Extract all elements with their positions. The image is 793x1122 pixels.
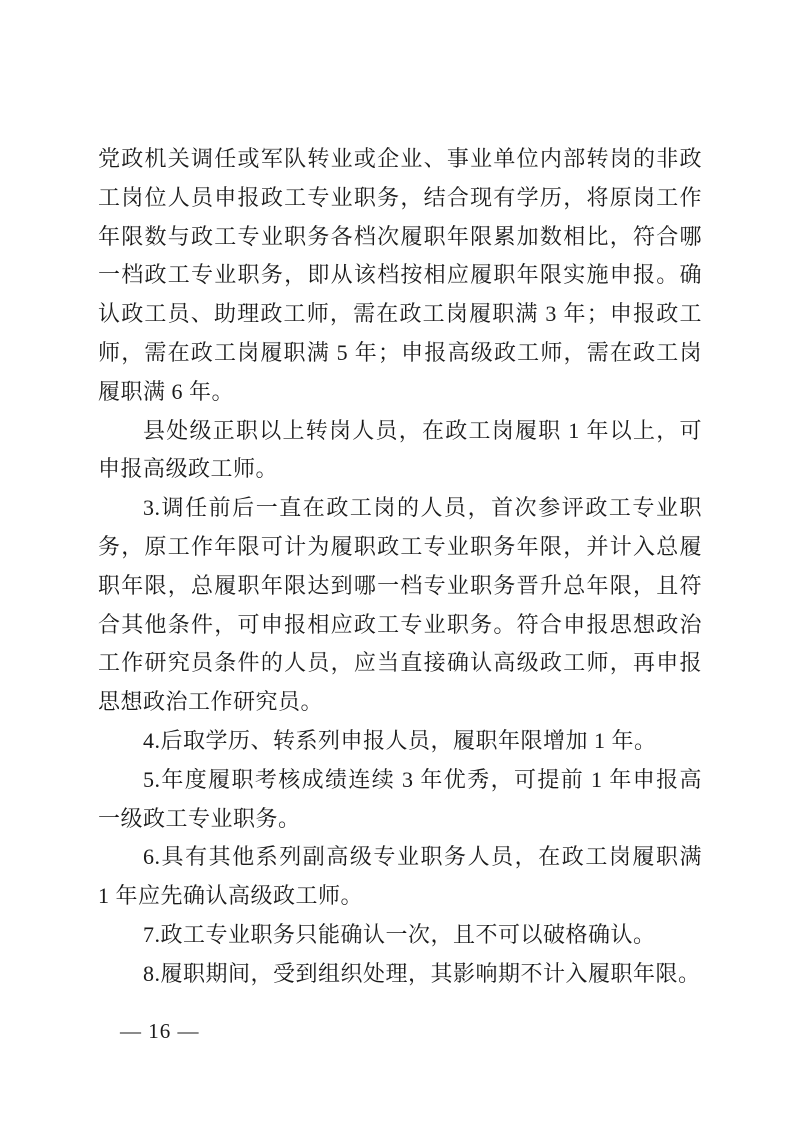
text-line: 1 年应先确认高级政工师。 <box>98 877 702 916</box>
page-footer: — 16 — <box>120 1019 200 1044</box>
text-line: 职年限，总履职年限达到哪一档专业职务晋升总年限，且符 <box>98 567 702 606</box>
document-body: 党政机关调任或军队转业或企业、事业单位内部转岗的非政工岗位人员申报政工专业职务，… <box>98 140 702 994</box>
text-line: 3.调任前后一直在政工岗的人员，首次参评政工专业职 <box>98 489 702 528</box>
text-line: 6.具有其他系列副高级专业职务人员，在政工岗履职满 <box>98 838 702 877</box>
document-page: 党政机关调任或军队转业或企业、事业单位内部转岗的非政工岗位人员申报政工专业职务，… <box>0 0 793 1122</box>
text-line: 务，原工作年限可计为履职政工专业职务年限，并计入总履 <box>98 528 702 567</box>
text-line: 师，需在政工岗履职满 5 年；申报高级政工师，需在政工岗 <box>98 334 702 373</box>
text-line: 工岗位人员申报政工专业职务，结合现有学历，将原岗工作 <box>98 179 702 218</box>
text-line: 4.后取学历、转系列申报人员，履职年限增加 1 年。 <box>98 722 702 761</box>
text-line: 思想政治工作研究员。 <box>98 683 702 722</box>
text-line: 县处级正职以上转岗人员，在政工岗履职 1 年以上，可 <box>98 412 702 451</box>
page-number: — 16 — <box>120 1019 200 1043</box>
text-line: 年限数与政工专业职务各档次履职年限累加数相比，符合哪 <box>98 218 702 257</box>
text-line: 认政工员、助理政工师，需在政工岗履职满 3 年；申报政工 <box>98 295 702 334</box>
text-line: 一档政工专业职务，即从该档按相应履职年限实施申报。确 <box>98 256 702 295</box>
text-line: 合其他条件，可申报相应政工专业职务。符合申报思想政治 <box>98 606 702 645</box>
text-line: 申报高级政工师。 <box>98 450 702 489</box>
text-line: 8.履职期间，受到组织处理，其影响期不计入履职年限。 <box>98 955 702 994</box>
text-line: 5.年度履职考核成绩连续 3 年优秀，可提前 1 年申报高 <box>98 761 702 800</box>
text-line: 工作研究员条件的人员，应当直接确认高级政工师，再申报 <box>98 644 702 683</box>
text-line: 一级政工专业职务。 <box>98 800 702 839</box>
text-line: 履职满 6 年。 <box>98 373 702 412</box>
text-line: 7.政工专业职务只能确认一次，且不可以破格确认。 <box>98 916 702 955</box>
text-line: 党政机关调任或军队转业或企业、事业单位内部转岗的非政 <box>98 140 702 179</box>
